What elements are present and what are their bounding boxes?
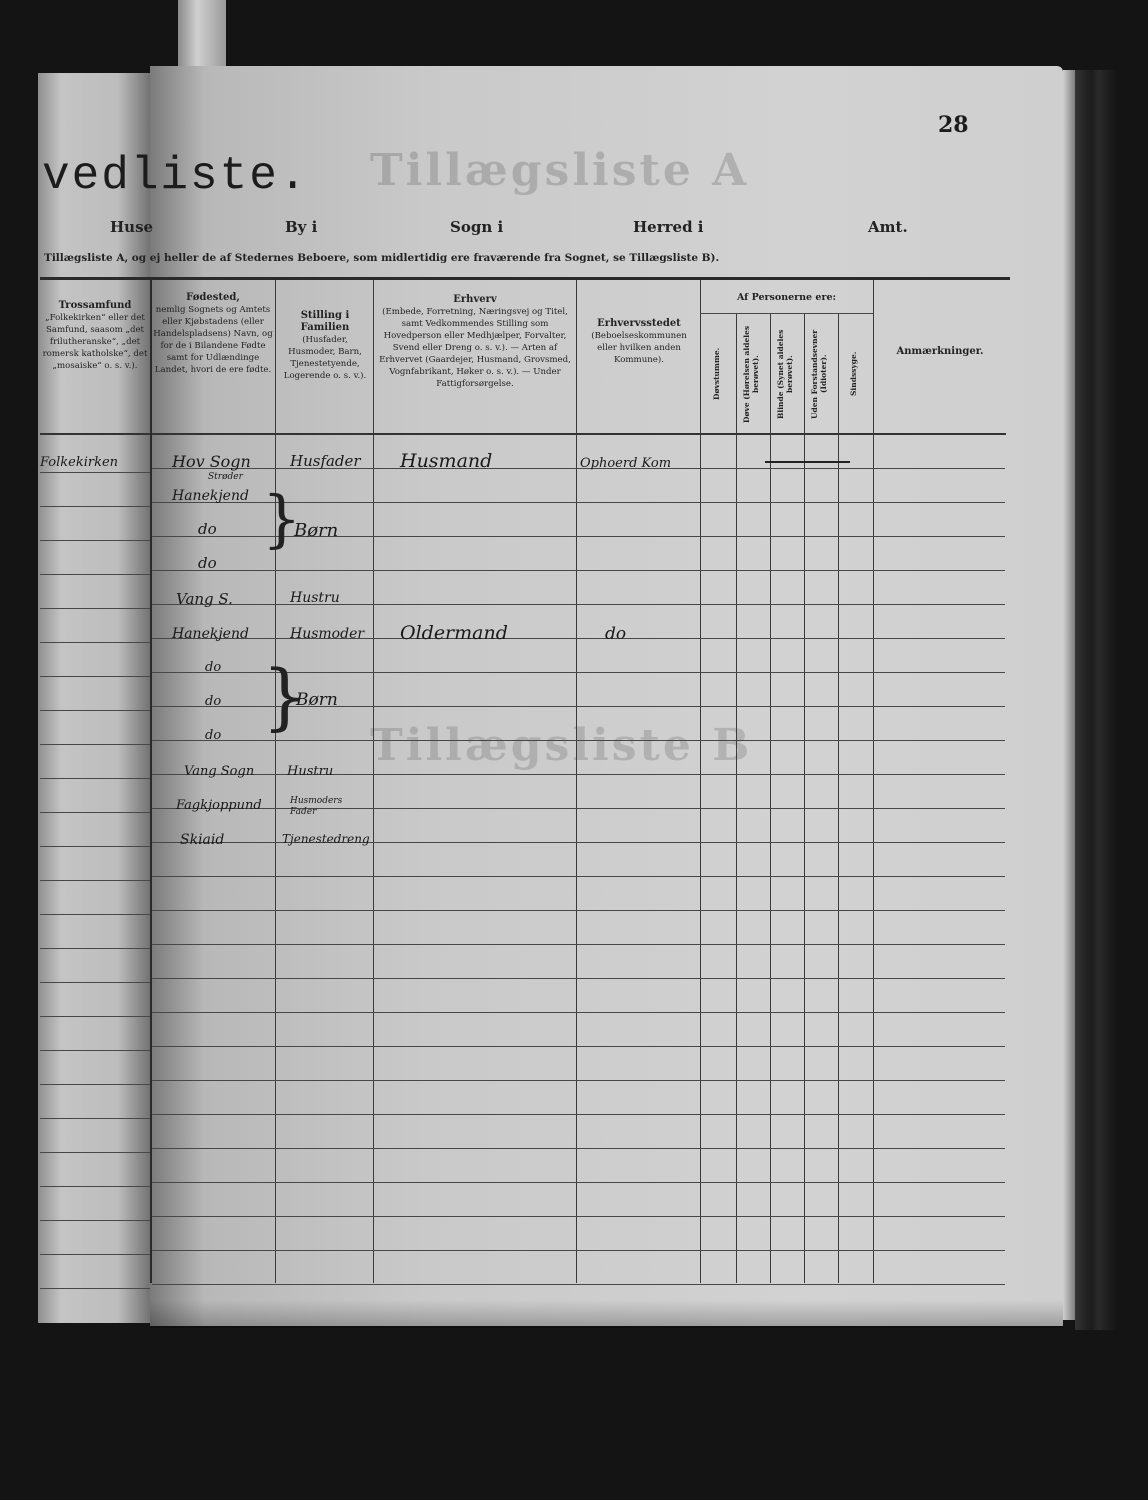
left-page-row-rule [40, 982, 150, 983]
cell-erhverv-row1: Husmand [400, 450, 492, 472]
page-number: 28 [938, 112, 969, 138]
paper-tab [178, 0, 226, 72]
col-title: Anmærkninger. [876, 346, 1004, 358]
cell-fodested-row4: do [198, 554, 217, 572]
left-page-row-rule [40, 472, 150, 473]
row-rule [152, 808, 1005, 809]
row-rule [152, 468, 1005, 469]
cell-stilling-row3: Børn [294, 520, 338, 541]
left-page-row-rule [40, 948, 150, 949]
bleedthrough-title-a: Tillægsliste A [370, 145, 749, 196]
grid-vline [770, 313, 771, 1283]
row-rule [152, 910, 1005, 911]
cell-fodested-row6: Hanekjend [172, 626, 249, 642]
row-rule [152, 1216, 1005, 1217]
field-sogn: Sogn i [450, 218, 503, 236]
grid-vline [804, 313, 805, 1283]
cell-erhvervsstedet-row1: Ophoerd Kom [580, 456, 671, 471]
col-header-dove: Døve (Hørelsen aldeles berøvet). [742, 320, 760, 428]
header-rule [40, 277, 1010, 280]
row-rule [152, 1012, 1005, 1013]
page-edge [1063, 70, 1075, 1320]
col-header-stilling: Stilling i Familien (Husfader, Husmoder,… [278, 310, 372, 382]
row-rule [152, 876, 1005, 877]
col-header-erhvervsstedet: Erhvervsstedet (Beboelseskommunen eller … [580, 318, 698, 366]
grid-vline [873, 280, 874, 1283]
left-page-row-rule [40, 812, 150, 813]
row-rule [152, 842, 1005, 843]
left-page-row-rule [40, 744, 150, 745]
cell-fodested-row12: Skiaid [180, 832, 224, 848]
left-page-row-rule [40, 914, 150, 915]
cell-fodested-row3: do [198, 520, 217, 538]
cell-erhvervsstedet-row6: do [605, 624, 626, 644]
grid-vline [700, 280, 701, 1283]
cell-stilling-row5: Hustru [290, 590, 340, 606]
cell-stilling-row11: Husmoders Fader [290, 796, 370, 818]
row-rule [152, 774, 1005, 775]
left-page-row-rule [40, 1288, 150, 1289]
col-title: Trossamfund [42, 300, 148, 312]
row-rule [152, 1250, 1005, 1251]
bleedthrough-title-b: Tillægsliste B [370, 720, 752, 771]
left-page-row-rule [40, 574, 150, 575]
cell-fodested-annotation: Strøder [208, 472, 243, 482]
left-page-row-rule [40, 1016, 150, 1017]
left-page-row-rule [40, 1084, 150, 1085]
row-rule [152, 638, 1005, 639]
field-by: By i [285, 218, 317, 236]
grid-vline [576, 280, 577, 1283]
col-title: Erhverv [376, 294, 574, 306]
row-rule [152, 1046, 1005, 1047]
col-desc: nemlig Sognets og Amtets eller Kjøbstade… [153, 305, 272, 375]
col-header-fodested: Fødested, nemlig Sognets og Amtets eller… [153, 292, 273, 376]
cell-fodested-row2: Hanekjend [172, 488, 249, 504]
cell-stilling-row12: Tjenestedreng [282, 832, 370, 846]
field-huse: Huse [110, 218, 153, 236]
column-header-rule [40, 433, 1006, 435]
grid-vline [736, 313, 737, 1283]
cell-stilling-row10: Hustru [287, 764, 333, 779]
cell-stilling-row6: Husmoder [290, 626, 364, 642]
left-page-row-rule [40, 1254, 150, 1255]
cell-trossamfund-row1: Folkekirken [40, 455, 118, 470]
cell-fodested-row10: Vang Sogn [184, 764, 254, 779]
cell-fodested-row9: do [205, 728, 221, 743]
cell-fodested-row1: Hov Sogn [172, 452, 251, 471]
field-herred: Herred i [633, 218, 703, 236]
grid-vline [275, 280, 276, 1283]
left-page-row-rule [40, 880, 150, 881]
document-title: vedliste. [42, 150, 308, 202]
col-header-blinde: Blinde (Synet aldeles berøvet). [776, 320, 794, 428]
left-page-row-rule [40, 1118, 150, 1119]
col-header-uden-forstandsevner: Uden Forstandsevner (Idioter). [810, 320, 828, 428]
cell-fodested-row7: do [205, 660, 221, 675]
row-rule [152, 604, 1005, 605]
field-amt: Amt. [868, 218, 908, 236]
col-desc: (Embede, Forretning, Næringsvej og Titel… [379, 307, 571, 389]
row-rule [152, 1284, 1005, 1285]
left-page-row-rule [40, 778, 150, 779]
col-desc: (Beboelseskommunen eller hvilken anden K… [591, 331, 687, 365]
row-rule [152, 570, 1005, 571]
cell-fodested-row11: Fagkjoppund [176, 798, 262, 813]
col-title: Fødested, [153, 292, 273, 304]
col-title: Erhvervsstedet [580, 318, 698, 330]
left-page-row-rule [40, 710, 150, 711]
left-page-row-rule [40, 1186, 150, 1187]
cell-stilling-row1: Husfader [290, 452, 361, 470]
col-header-anmaerkninger: Anmærkninger. [876, 346, 1004, 358]
row-rule [152, 1182, 1005, 1183]
col-header-trossamfund: Trossamfund „Folkekirken“ eller det Samf… [42, 300, 148, 372]
row-rule [152, 1080, 1005, 1081]
pen-dash-mark [765, 461, 850, 463]
cell-fodested-row5: Vang S. [176, 590, 233, 608]
row-rule [152, 1148, 1005, 1149]
left-page-row-rule [40, 1152, 150, 1153]
af-personerne-rule [700, 313, 873, 314]
left-page-row-rule [40, 1050, 150, 1051]
cell-stilling-row8: Børn [296, 690, 338, 710]
left-page-row-rule [40, 1220, 150, 1221]
grid-vline [838, 313, 839, 1283]
row-rule [152, 740, 1005, 741]
left-page-row-rule [40, 506, 150, 507]
page-shadow [150, 1300, 1063, 1328]
left-page-row-rule [40, 642, 150, 643]
col-header-sindssyge: Sindssyge. [849, 320, 858, 428]
col-header-erhverv: Erhverv (Embede, Forretning, Næringsvej … [376, 294, 574, 390]
col-desc: „Folkekirken“ eller det Samfund, saasom … [43, 313, 148, 371]
left-page-row-rule [40, 540, 150, 541]
left-page-row-rule [40, 676, 150, 677]
cell-erhverv-row6: Oldermand [400, 622, 508, 644]
grid-vline [150, 280, 152, 1283]
col-title: Stilling i Familien [278, 310, 372, 334]
col-desc: (Husfader, Husmoder, Barn, Tjenestetyend… [284, 335, 367, 381]
col-header-dovstumme: Døvstumme. [712, 320, 721, 428]
row-rule [152, 944, 1005, 945]
grid-vline [373, 280, 374, 1283]
left-page-row-rule [40, 846, 150, 847]
cell-fodested-row8: do [205, 694, 221, 709]
book-binding [1075, 70, 1115, 1330]
row-rule [152, 1114, 1005, 1115]
left-page-row-rule [40, 608, 150, 609]
af-personerne-header: Af Personerne ere: [700, 292, 873, 303]
row-rule [152, 978, 1005, 979]
subtitle-instruction: Tillægsliste A, og ej heller de af Stede… [44, 252, 719, 264]
